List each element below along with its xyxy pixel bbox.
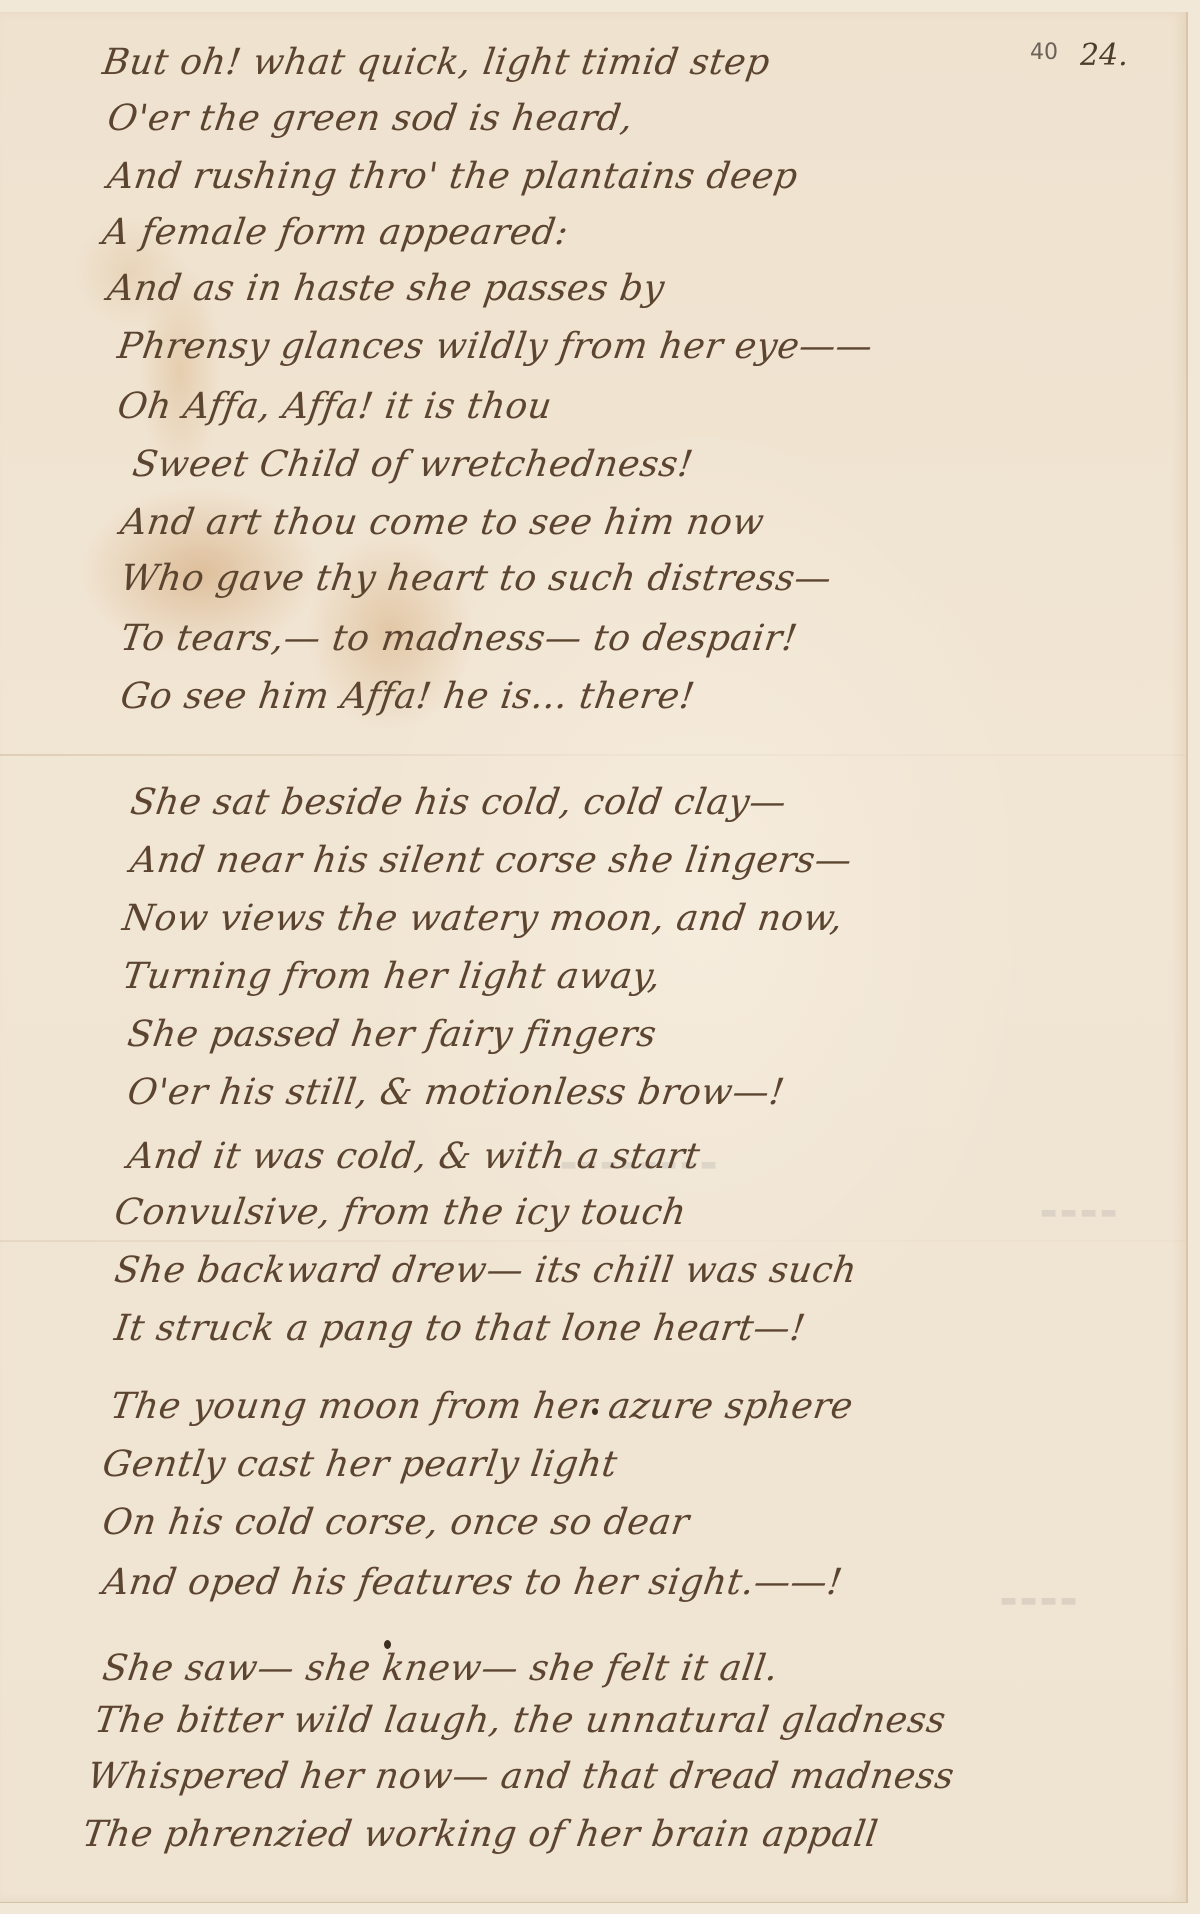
verse-line: It struck a pang to that lone heart—! bbox=[112, 1308, 808, 1349]
manuscript-scan: ▬▬▬▬▬▬▬▬ ▬▬▬▬ ▬▬▬▬ 40 24. But oh! what q… bbox=[0, 0, 1200, 1914]
ink-blot bbox=[592, 1408, 598, 1415]
manuscript-sheet: ▬▬▬▬▬▬▬▬ ▬▬▬▬ ▬▬▬▬ 40 24. But oh! what q… bbox=[0, 12, 1188, 1903]
verse-line: O'er his still, & motionless brow—! bbox=[125, 1072, 787, 1113]
verse-line: Go see him Affa! he is... there! bbox=[118, 676, 697, 717]
verse-line: Now views the watery moon, and now, bbox=[120, 898, 846, 939]
verse-line: Gently cast her pearly light bbox=[100, 1444, 620, 1485]
verse-line: Sweet Child of wretchedness! bbox=[130, 444, 696, 485]
verse-line: O'er the green sod is heard, bbox=[105, 98, 636, 139]
verse-line: She passed her fairy fingers bbox=[125, 1014, 659, 1055]
verse-line: A female form appeared: bbox=[100, 212, 571, 253]
verse-line: But oh! what quick, light timid step bbox=[100, 42, 773, 83]
verse-line: She saw— she knew— she felt it all. bbox=[100, 1648, 781, 1689]
verse-line: On his cold corse, once so dear bbox=[100, 1502, 692, 1543]
verse-line: The bitter wild laugh, the unnatural gla… bbox=[92, 1700, 948, 1741]
show-through-text: ▬▬▬▬ bbox=[1000, 1590, 1080, 1611]
verse-line: Phrensy glances wildly from her eye—— bbox=[115, 326, 875, 367]
verse-line: The young moon from her azure sphere bbox=[108, 1386, 856, 1427]
verse-line: Whispered her now— and that dread madnes… bbox=[85, 1756, 957, 1797]
paper-fold-crease bbox=[0, 754, 1186, 756]
page-number-pencil: 40 bbox=[1030, 40, 1058, 65]
verse-line: To tears,— to madness— to despair! bbox=[118, 618, 800, 659]
ink-blot bbox=[384, 1640, 391, 1649]
verse-line: She sat beside his cold, cold clay— bbox=[128, 782, 789, 823]
verse-line: Who gave thy heart to such distress— bbox=[118, 558, 834, 599]
verse-line: And oped his features to her sight.——! bbox=[100, 1562, 845, 1603]
page-number-ink: 24. bbox=[1080, 38, 1128, 73]
verse-line: And it was cold, & with a start bbox=[125, 1136, 703, 1177]
verse-line: And as in haste she passes by bbox=[105, 268, 667, 309]
verse-line: Convulsive, from the icy touch bbox=[112, 1192, 689, 1233]
verse-line: And near his silent corse she lingers— bbox=[128, 840, 854, 881]
verse-line: Oh Affa, Affa! it is thou bbox=[115, 386, 555, 427]
verse-line: The phrenzied working of her brain appal… bbox=[80, 1814, 881, 1855]
show-through-text: ▬▬▬▬ bbox=[1040, 1202, 1120, 1223]
verse-line: And rushing thro' the plantains deep bbox=[105, 156, 800, 197]
verse-line: Turning from her light away, bbox=[120, 956, 663, 997]
paper-fold-crease bbox=[0, 1240, 1186, 1242]
verse-line: And art thou come to see him now bbox=[118, 502, 767, 543]
verse-line: She backward drew— its chill was such bbox=[112, 1250, 860, 1291]
